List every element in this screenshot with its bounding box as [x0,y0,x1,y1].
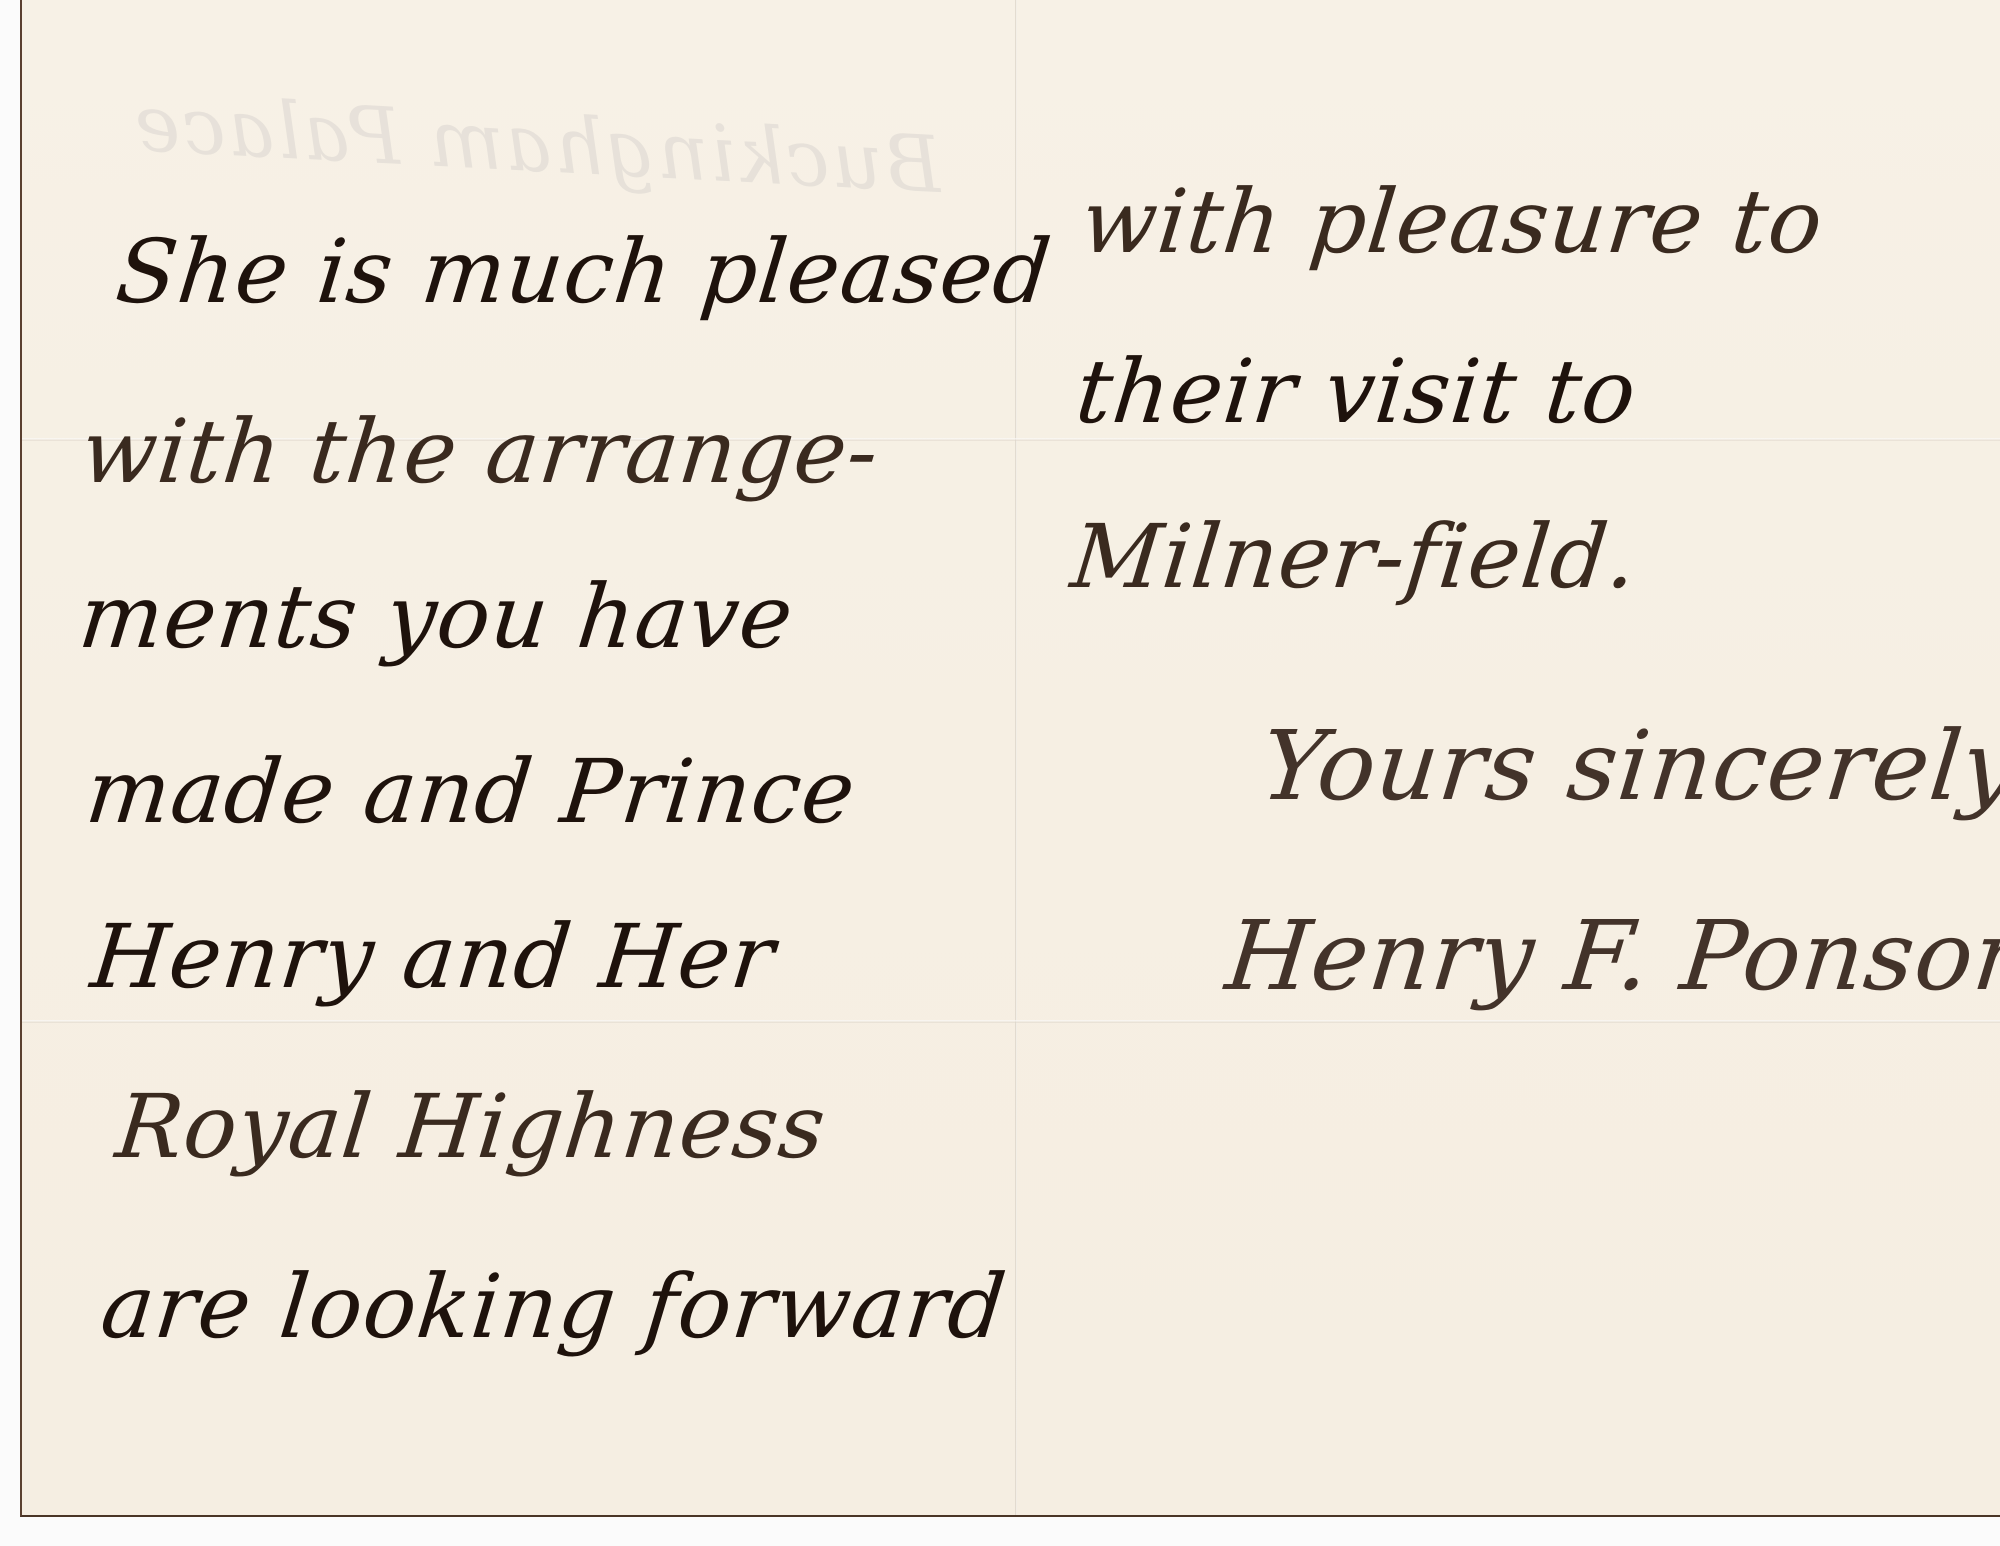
letter-line: their visit to [1072,340,1642,443]
letter-line: Henry and Her [87,905,780,1008]
letter-line: Milner-field. [1067,505,1643,608]
letter-sheet: Buckingham Palace She is much pleased wi… [20,0,2000,1517]
signature: Henry F. Ponsonby [1221,900,2000,1012]
letter-line: with the arrange- [77,400,884,503]
letter-line: She is much pleased [112,220,1057,323]
show-through-heading: Buckingham Palace [130,79,943,211]
letter-line: Royal Highness [112,1075,831,1178]
letter-line: ments you have [75,565,799,668]
letter-line: with pleasure to [1077,170,1829,273]
letter-line: are looking forward [97,1255,1012,1358]
horizontal-fold [22,1020,2000,1023]
closing-salutation: Yours sincerely [1256,710,2000,822]
letter-line: made and Prince [82,740,861,843]
